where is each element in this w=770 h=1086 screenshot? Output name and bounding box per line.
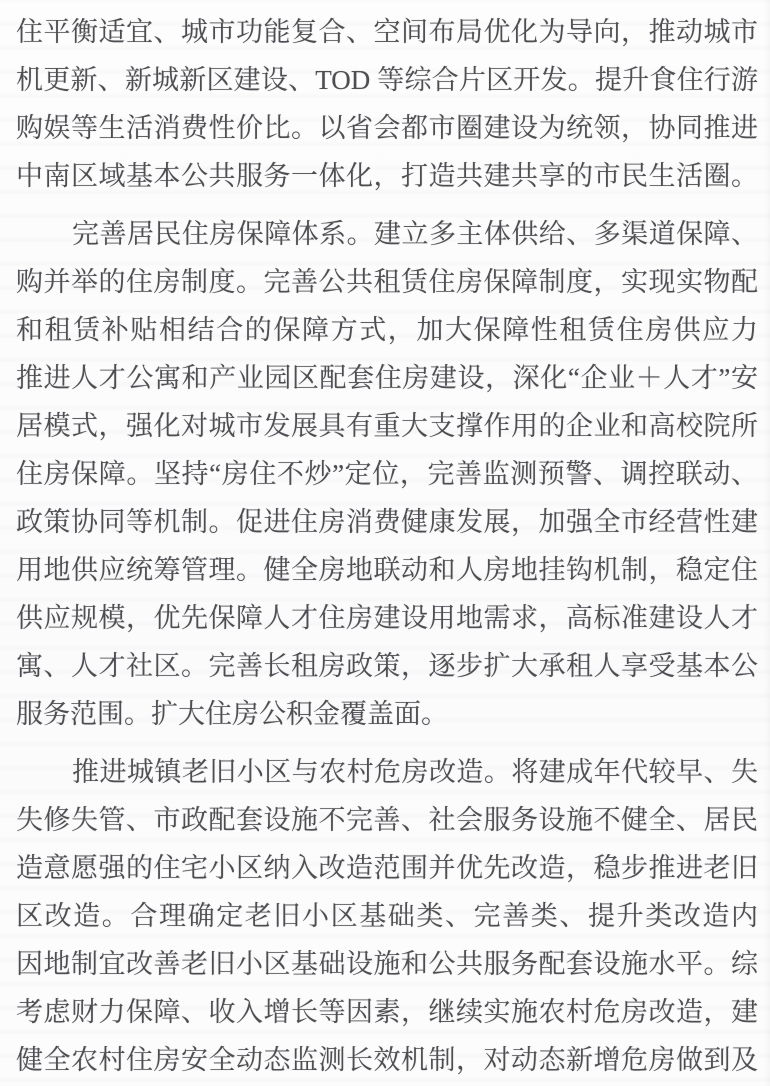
text-line: 推进人才公寓和产业园区配套住房建设，深化“企业＋人才”安 — [16, 354, 758, 402]
paragraph-3: 推进城镇老旧小区与农村危房改造。将建成年代较早、失养 失修失管、市政配套设施不完… — [16, 748, 758, 1084]
text-line: 考虑财力保障、收入增长等因素，继续实施农村危房改造，建立 — [16, 988, 758, 1036]
text-line: 政策协同等机制。促进住房消费健康发展，加强全市经营性建设 — [16, 498, 758, 546]
text-line: 住平衡适宜、城市功能复合、空间布局优化为导向，推动城市有 — [16, 8, 758, 56]
text-line: 用地供应统筹管理。健全房地联动和人房地挂钩机制，稳定住房 — [16, 546, 758, 594]
paragraph-2: 完善居民住房保障体系。建立多主体供给、多渠道保障、租 购并举的住房制度。完善公共… — [16, 210, 758, 738]
text-line: 和租赁补贴相结合的保障方式，加大保障性租赁住房供应力度。 — [16, 306, 758, 354]
text-line: 居模式，强化对城市发展具有重大支撑作用的企业和高校院所的 — [16, 402, 758, 450]
text-line: 机更新、新城新区建设、TOD 等综合片区开发。提升食住行游 — [16, 56, 758, 104]
text-line: 寓、人才社区。完善长租房政策，逐步扩大承租人享受基本公共 — [16, 642, 758, 690]
text-line: 区改造。合理确定老旧小区基础类、完善类、提升类改造内容、 — [16, 892, 758, 940]
text-line: 供应规模，优先保障人才住房建设用地需求，高标准建设人才公 — [16, 594, 758, 642]
text-line: 购娱等生活消费性价比。以省会都市圈建设为统领，协同推进冀 — [16, 104, 758, 152]
text-line: 中南区域基本公共服务一体化，打造共建共享的市民生活圈。 — [16, 152, 758, 200]
text-line: 服务范围。扩大住房公积金覆盖面。 — [16, 690, 758, 738]
text-line: 因地制宜改善老旧小区基础设施和公共服务配套设施水平。综合 — [16, 940, 758, 988]
document-page: 住平衡适宜、城市功能复合、空间布局优化为导向，推动城市有 机更新、新城新区建设、… — [0, 0, 770, 1086]
text-line: 失修失管、市政配套设施不完善、社会服务设施不健全、居民改 — [16, 796, 758, 844]
document-text-block: 住平衡适宜、城市功能复合、空间布局优化为导向，推动城市有 机更新、新城新区建设、… — [0, 0, 770, 1084]
text-line: 健全农村住房安全动态监测长效机制，对动态新增危房做到及时 — [16, 1036, 758, 1084]
text-line: 推进城镇老旧小区与农村危房改造。将建成年代较早、失养 — [16, 748, 758, 796]
paragraph-1: 住平衡适宜、城市功能复合、空间布局优化为导向，推动城市有 机更新、新城新区建设、… — [16, 8, 758, 200]
text-line: 住房保障。坚持“房住不炒”定位，完善监测预警、调控联动、 — [16, 450, 758, 498]
text-line: 造意愿强的住宅小区纳入改造范围并优先改造，稳步推进老旧小 — [16, 844, 758, 892]
text-line: 购并举的住房制度。完善公共租赁住房保障制度，实现实物配租 — [16, 258, 758, 306]
text-line: 完善居民住房保障体系。建立多主体供给、多渠道保障、租 — [16, 210, 758, 258]
